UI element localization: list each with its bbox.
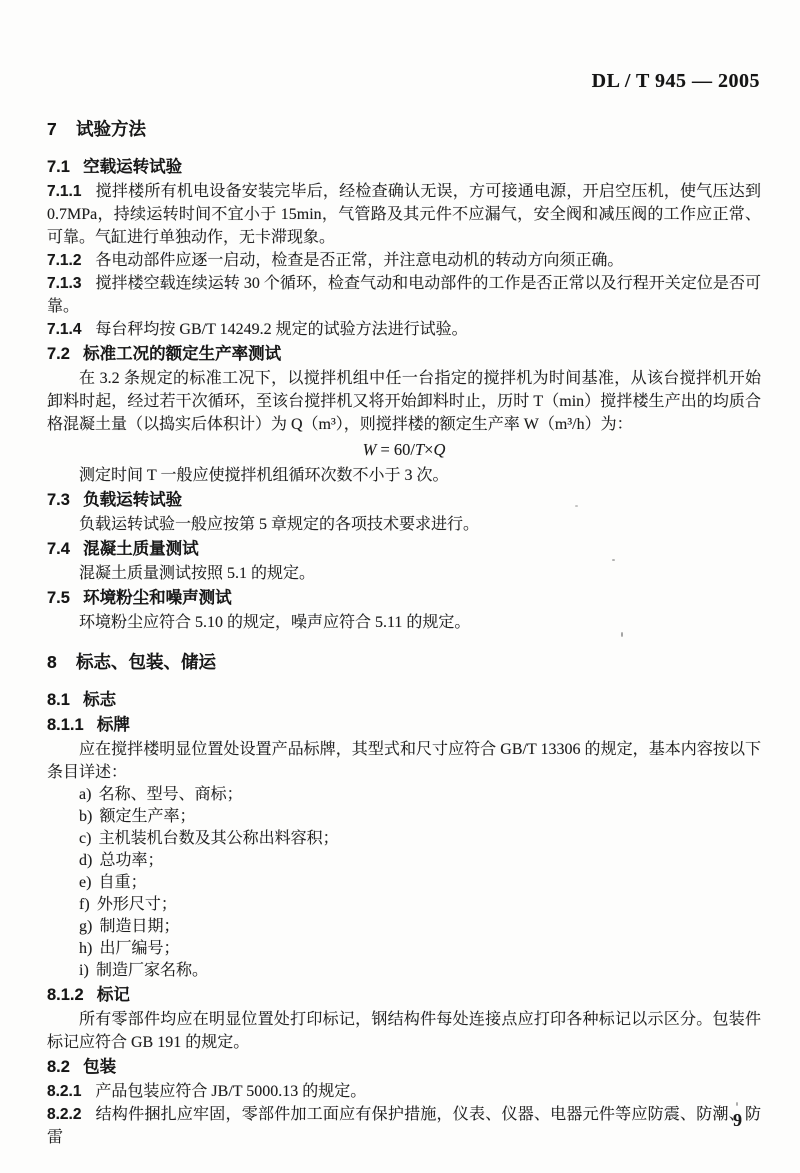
heading-title: 混凝土质量测试 — [83, 540, 199, 558]
heading-title: 标记 — [97, 986, 130, 1004]
heading-title: 标准工况的额定生产率测试 — [83, 345, 281, 363]
list-item-text: 总功率； — [100, 852, 164, 869]
heading-8.1.1: 8.1.1标牌 — [47, 713, 761, 737]
list-item-i: i)制造厂家名称。 — [47, 960, 761, 982]
list-item-text: 自重； — [99, 874, 147, 891]
list-item-label: a) — [79, 786, 91, 803]
heading-7.3: 7.3负载运转试验 — [47, 488, 761, 512]
heading-number: 7.1 — [47, 158, 70, 176]
heading-number: 8.1 — [47, 691, 70, 709]
heading-number: 7.4 — [47, 540, 70, 558]
paragraph: 混凝土质量测试按照 5.1 的规定。 — [47, 562, 761, 585]
list-item-label: b) — [79, 808, 92, 825]
list-item-b: b)额定生产率； — [47, 806, 761, 828]
clause-text: 搅拌楼空载连续运转 30 个循环，检查气动和电动部件的工作是否正常以及行程开关定… — [47, 275, 761, 315]
clause-number: 8.2.2 — [47, 1106, 81, 1123]
paragraph: 负载运转试验一般应按第 5 章规定的各项技术要求进行。 — [47, 513, 761, 536]
heading-number: 8.1.1 — [47, 716, 84, 734]
list-item-label: g) — [79, 918, 92, 935]
heading-number: 7.2 — [47, 345, 70, 363]
clause-8.2.1: 8.2.1产品包装应符合 JB/T 5000.13 的规定。 — [47, 1080, 761, 1103]
clause-7.1.4: 7.1.4每台秤均按 GB/T 14249.2 规定的试验方法进行试验。 — [47, 318, 761, 341]
standard-number-header: DL / T 945 — 2005 — [592, 70, 760, 93]
heading-title: 标志、包装、储运 — [76, 652, 216, 672]
heading-title: 环境粉尘和噪声测试 — [83, 589, 232, 607]
formula-variable: W — [363, 440, 377, 459]
page-number: 9 — [733, 1110, 742, 1131]
document-body: 7试验方法7.1空载运转试验7.1.1搅拌楼所有机电设备安装完毕后，经检查确认无… — [47, 110, 761, 1149]
list-item-text: 出厂编号； — [100, 940, 180, 957]
scan-speck — [736, 1102, 738, 1106]
clause-text: 每台秤均按 GB/T 14249.2 规定的试验方法进行试验。 — [95, 321, 467, 338]
list-item-c: c)主机装机台数及其公称出料容积； — [47, 828, 761, 850]
heading-number: 8.1.2 — [47, 986, 84, 1004]
heading-7.5: 7.5环境粉尘和噪声测试 — [47, 586, 761, 610]
clause-text: 搅拌楼所有机电设备安装完毕后，经检查确认无误，方可接通电源，开启空压机，使气压达… — [47, 183, 761, 246]
clause-number: 7.1.3 — [47, 275, 81, 292]
heading-8.2: 8.2包装 — [47, 1055, 761, 1079]
list-item-text: 名称、型号、商标； — [99, 786, 243, 803]
list-item-f: f)外形尺寸； — [47, 894, 761, 916]
clause-text: 产品包装应符合 JB/T 5000.13 的规定。 — [95, 1083, 366, 1100]
heading-title: 标牌 — [97, 716, 130, 734]
heading-7: 7试验方法 — [47, 116, 761, 142]
formula-operator: = 60/ — [376, 440, 415, 459]
clause-text: 结构件捆扎应牢固，零部件加工面应有保护措施，仪表、仪器、电器元件等应防震、防潮、… — [47, 1106, 761, 1146]
clause-number: 7.1.2 — [47, 252, 81, 269]
list-item-a: a)名称、型号、商标； — [47, 784, 761, 806]
scan-speck — [575, 505, 578, 507]
list-item-text: 主机装机台数及其公称出料容积； — [99, 830, 339, 847]
list-item-label: h) — [79, 940, 92, 957]
formula-variable: T — [415, 440, 424, 459]
list-item-label: d) — [79, 852, 92, 869]
heading-title: 空载运转试验 — [83, 158, 182, 176]
paragraph: 应在搅拌楼明显位置处设置产品标牌，其型式和尺寸应符合 GB/T 13306 的规… — [47, 738, 761, 784]
formula: W = 60/T×Q — [47, 438, 761, 462]
heading-7.1: 7.1空载运转试验 — [47, 155, 761, 179]
clause-number: 8.2.1 — [47, 1083, 81, 1100]
clause-7.1.1: 7.1.1搅拌楼所有机电设备安装完毕后，经检查确认无误，方可接通电源，开启空压机… — [47, 180, 761, 249]
heading-title: 标志 — [83, 691, 116, 709]
clause-number: 7.1.4 — [47, 321, 81, 338]
list-item-label: c) — [79, 830, 91, 847]
heading-7.4: 7.4混凝土质量测试 — [47, 537, 761, 561]
paragraph: 在 3.2 条规定的标准工况下，以搅拌机组中任一台指定的搅拌机为时间基准，从该台… — [47, 367, 761, 436]
heading-8: 8标志、包装、储运 — [47, 649, 761, 675]
list-item-g: g)制造日期； — [47, 916, 761, 938]
heading-8.1.2: 8.1.2标记 — [47, 983, 761, 1007]
list-item-e: e)自重； — [47, 872, 761, 894]
list-item-label: f) — [79, 896, 90, 913]
heading-number: 7.3 — [47, 491, 70, 509]
list-item-label: e) — [79, 874, 91, 891]
list-item-text: 制造日期； — [100, 918, 180, 935]
heading-number: 7.5 — [47, 589, 70, 607]
paragraph: 环境粉尘应符合 5.10 的规定，噪声应符合 5.11 的规定。 — [47, 611, 761, 634]
heading-number: 8 — [47, 652, 57, 672]
heading-title: 试验方法 — [76, 119, 146, 139]
heading-number: 7 — [47, 119, 57, 139]
list-item-h: h)出厂编号； — [47, 938, 761, 960]
heading-title: 负载运转试验 — [83, 491, 182, 509]
list-item-text: 外形尺寸； — [97, 896, 177, 913]
heading-7.2: 7.2标准工况的额定生产率测试 — [47, 342, 761, 366]
formula-variable: Q — [433, 440, 445, 459]
clause-8.2.2: 8.2.2结构件捆扎应牢固，零部件加工面应有保护措施，仪表、仪器、电器元件等应防… — [47, 1103, 761, 1149]
clause-number: 7.1.1 — [47, 183, 81, 200]
document-page: DL / T 945 — 2005 7试验方法7.1空载运转试验7.1.1搅拌楼… — [0, 0, 800, 1173]
list-item-label: i) — [79, 962, 89, 979]
list-item-text: 额定生产率； — [100, 808, 196, 825]
heading-8.1: 8.1标志 — [47, 688, 761, 712]
clause-7.1.3: 7.1.3搅拌楼空载连续运转 30 个循环，检查气动和电动部件的工作是否正常以及… — [47, 272, 761, 318]
heading-title: 包装 — [83, 1058, 116, 1076]
heading-number: 8.2 — [47, 1058, 70, 1076]
clause-7.1.2: 7.1.2各电动部件应逐一启动，检查是否正常，并注意电动机的转动方向须正确。 — [47, 249, 761, 272]
list-item-text: 制造厂家名称。 — [96, 962, 208, 979]
paragraph: 测定时间 T 一般应使搅拌机组循环次数不小于 3 次。 — [47, 464, 761, 487]
paragraph: 所有零部件均应在明显位置处打印标记，钢结构件每处连接点应打印各种标记以示区分。包… — [47, 1008, 761, 1054]
clause-text: 各电动部件应逐一启动，检查是否正常，并注意电动机的转动方向须正确。 — [95, 252, 623, 269]
list-item-d: d)总功率； — [47, 850, 761, 872]
scan-speck — [621, 632, 623, 637]
scan-speck — [612, 559, 615, 561]
